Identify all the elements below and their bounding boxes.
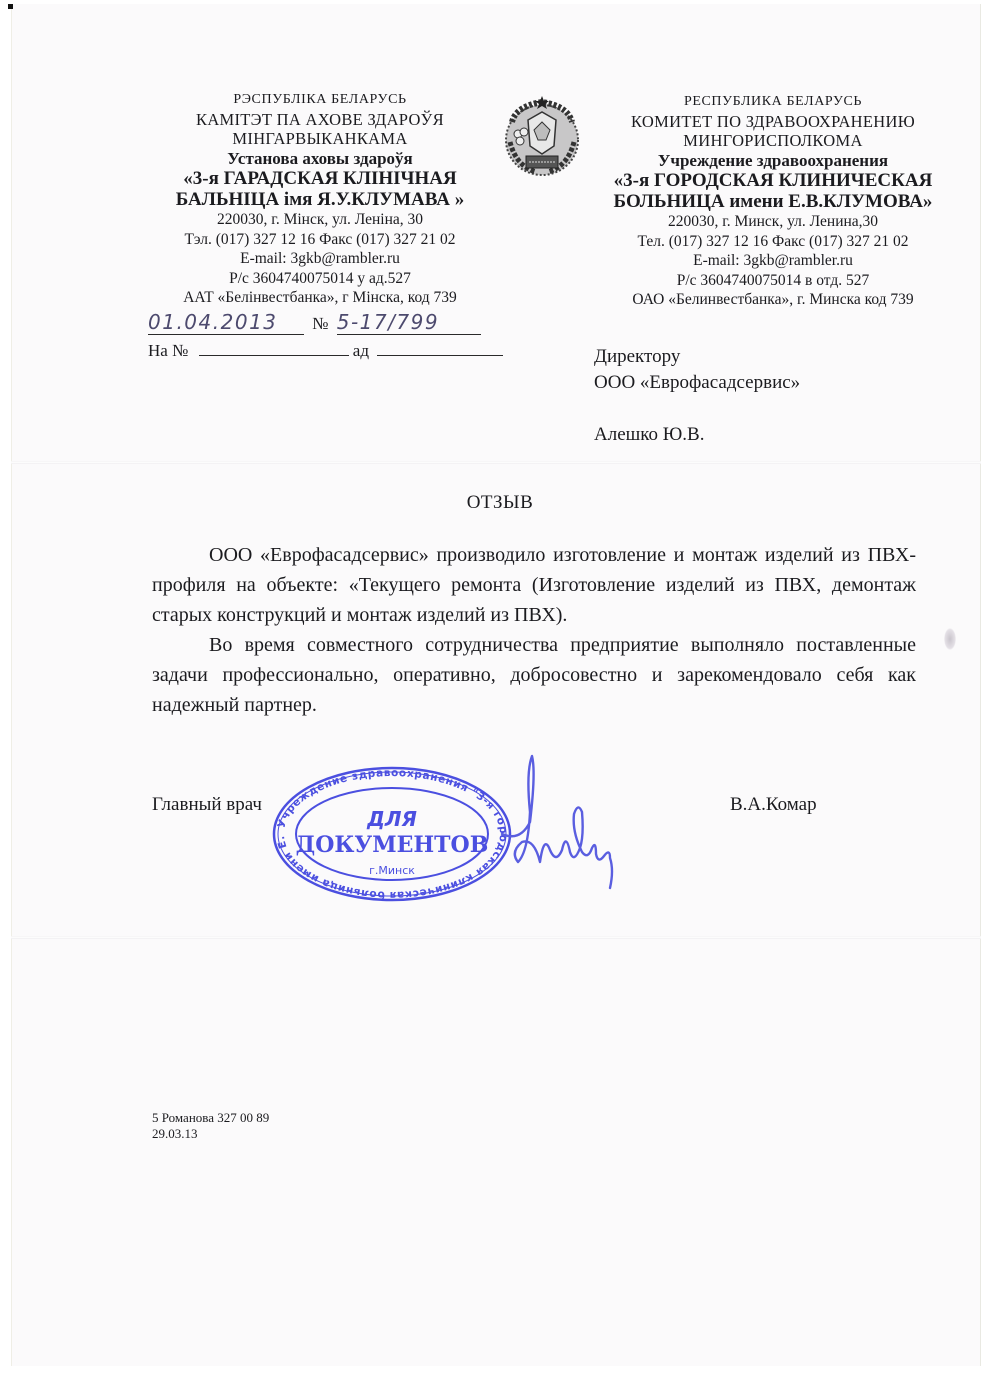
fold-line: [11, 461, 981, 464]
bank-account: Р/с 3604740075014 у ад.527: [147, 269, 493, 289]
country-name: РЭСПУБЛІКА БЕЛАРУСЬ: [147, 90, 493, 110]
scan-corner-mark: [8, 4, 13, 9]
signer-role: Главный врач: [152, 794, 262, 816]
executor-info: 5 Романова 327 00 89: [152, 1110, 269, 1126]
paragraph: Во время совместного сотрудничества пред…: [152, 630, 916, 720]
reply-to-blank: [199, 339, 349, 356]
draft-date: 29.03.13: [152, 1126, 269, 1142]
address: 220030, г. Минск, ул. Ленина,30: [600, 212, 946, 232]
stamp-center-1: ДЛЯ: [366, 807, 417, 831]
fold-line: [11, 936, 981, 939]
stamp-city: г.Минск: [369, 864, 415, 877]
outgoing-date: 01.04.2013: [148, 310, 304, 335]
reply-from-label: ад: [353, 341, 369, 360]
bank-account: Р/с 3604740075014 в отд. 527: [600, 271, 946, 291]
email: E-mail: 3gkb@rambler.ru: [600, 251, 946, 271]
country-name: РЕСПУБЛИКА БЕЛАРУСЬ: [600, 92, 946, 112]
reply-to-label: На №: [148, 341, 188, 360]
stamp-center-2: ДОКУМЕНТОВ: [296, 832, 489, 858]
institution-name-2: БАЛЬНІЦА імя Я.У.КЛУМАВА »: [147, 189, 493, 210]
institution-name-1: «3-я ГАРАДСКАЯ КЛІНІЧНАЯ: [147, 168, 493, 189]
letterhead-belarusian: РЭСПУБЛІКА БЕЛАРУСЬ КАМІТЭТ ПА АХОВЕ ЗДА…: [147, 90, 493, 308]
address: 220030, г. Мінск, ул. Леніна, 30: [147, 210, 493, 230]
signature-icon: [500, 752, 650, 892]
committee-line-2: МИНГОРИСПОЛКОМА: [600, 131, 946, 151]
belarus-emblem-icon: [496, 92, 588, 184]
paper-smudge: [944, 628, 956, 650]
document-title: ОТЗЫВ: [0, 492, 1000, 514]
committee-line-1: КОМИТЕТ ПО ЗДРАВООХРАНЕНИЮ: [600, 112, 946, 132]
committee-line-2: МІНГАРВЫКАНКАМА: [147, 129, 493, 149]
institution-name-2: БОЛЬНИЦА имени Е.В.КЛУМОВА»: [600, 191, 946, 212]
bank-name: ОАО «Белинвестбанка», г. Минска код 739: [600, 290, 946, 310]
document-body: ООО «Еврофасадсервис» производило изгото…: [152, 540, 916, 720]
signer-name: В.А.Комар: [730, 794, 817, 816]
outgoing-number: 5-17/799: [337, 310, 481, 335]
committee-line-1: КАМІТЭТ ПА АХОВЕ ЗДАРОЎЯ: [147, 110, 493, 130]
addressee-name: Алешко Ю.В.: [594, 422, 800, 448]
addressee-block: Директору ООО «Еврофасадсервис» Алешко Ю…: [594, 344, 800, 448]
phone-fax: Тэл. (017) 327 12 16 Факс (017) 327 21 0…: [147, 230, 493, 250]
executor-note: 5 Романова 327 00 89 29.03.13: [152, 1110, 269, 1142]
reply-reference-line: На № ад: [148, 339, 503, 361]
addressee-position: Директору: [594, 344, 800, 370]
number-sign: №: [312, 314, 328, 333]
paragraph: ООО «Еврофасадсервис» производило изгото…: [152, 540, 916, 630]
reply-from-blank: [377, 339, 503, 356]
addressee-company: ООО «Еврофасадсервис»: [594, 370, 800, 396]
institution-type: Учреждение здравоохранения: [600, 151, 946, 171]
registration-line: 01.04.2013 № 5-17/799: [148, 310, 481, 335]
institution-type: Установа аховы здароўя: [147, 149, 493, 169]
institution-name-1: «3-я ГОРОДСКАЯ КЛИНИЧЕСКАЯ: [600, 170, 946, 191]
phone-fax: Тел. (017) 327 12 16 Факс (017) 327 21 0…: [600, 232, 946, 252]
bank-name: ААТ «Белінвестбанка», г Мінска, код 739: [147, 288, 493, 308]
stamp-icon: Учреждение здравоохранения "3-я городска…: [270, 764, 514, 904]
letterhead-russian: РЕСПУБЛИКА БЕЛАРУСЬ КОМИТЕТ ПО ЗДРАВООХР…: [600, 92, 946, 310]
email: E-mail: 3gkb@rambler.ru: [147, 249, 493, 269]
